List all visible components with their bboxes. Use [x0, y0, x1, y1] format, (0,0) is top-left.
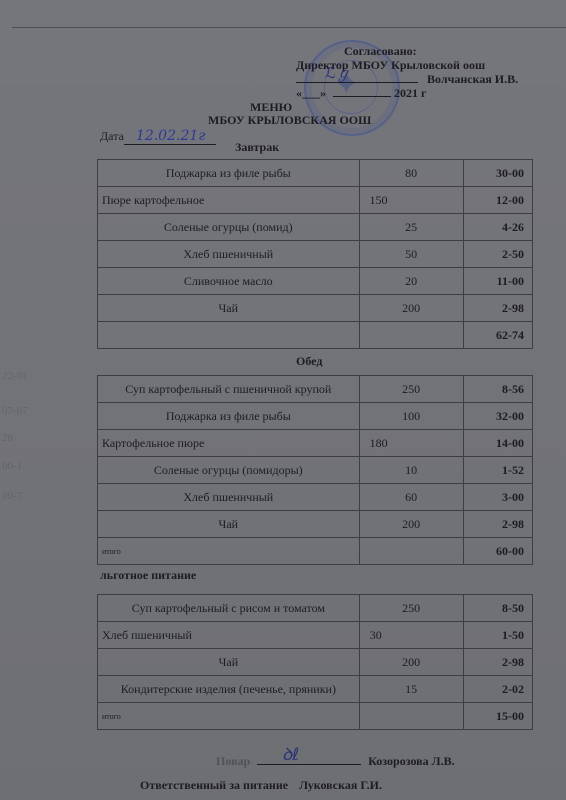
dish-name: Суп картофельный с рисом и томатом [98, 595, 360, 622]
section-title-lunch: Обед [296, 354, 322, 369]
dish-weight: 250 [359, 376, 463, 403]
page-top-edge [12, 27, 566, 28]
dish-weight: 150 [359, 187, 463, 214]
table-row: Чай2002-98 [98, 511, 533, 538]
dish-name: итого [98, 703, 360, 730]
bleed-through-text: 00-7 [2, 490, 22, 502]
dish-weight: 100 [359, 403, 463, 430]
dish-name: Хлеб пшеничный [98, 484, 360, 511]
table-row: Хлеб пшеничный301-50 [98, 622, 533, 649]
dish-weight [359, 703, 463, 730]
dish-weight: 50 [359, 241, 463, 268]
table-row: Пюре картофельное15012-00 [98, 187, 533, 214]
director-name: Волчанская И.В. [427, 72, 518, 86]
dish-price: 3-00 [463, 484, 532, 511]
dish-name: Чай [98, 511, 360, 538]
approval-date-line [333, 96, 391, 97]
section-title-breakfast: Завтрак [235, 140, 279, 155]
dish-price: 8-50 [463, 595, 532, 622]
dish-price: 2-02 [463, 676, 532, 703]
dish-price: 30-00 [463, 160, 532, 187]
dish-price: 14-00 [463, 430, 532, 457]
dish-weight: 250 [359, 595, 463, 622]
table-row: Суп картофельный с пшеничной крупой2508-… [98, 376, 533, 403]
dish-name: Хлеб пшеничный [98, 241, 360, 268]
dish-name: Сливочное масло [98, 268, 360, 295]
dish-price: 2-98 [463, 649, 532, 676]
cook-name: Козорозова Л.В. [368, 754, 454, 768]
dish-price: 2-98 [463, 295, 532, 322]
cook-signature-line [257, 764, 361, 765]
dish-name: Соленые огурцы (помид) [98, 214, 360, 241]
responsible-name: Луковская Г.И. [299, 778, 382, 792]
dish-price: 2-98 [463, 511, 532, 538]
dish-weight: 25 [359, 214, 463, 241]
dish-weight: 30 [359, 622, 463, 649]
dish-price: 11-00 [463, 268, 532, 295]
dish-price: 8-56 [463, 376, 532, 403]
dish-name [98, 322, 360, 349]
table-row: Соленые огурцы (помид)254-26 [98, 214, 533, 241]
dish-weight: 180 [359, 430, 463, 457]
breakfast-table: Поджарка из филе рыбы8030-00Пюре картофе… [97, 159, 533, 349]
date-label: Дата [100, 129, 124, 143]
dish-weight: 200 [359, 295, 463, 322]
dish-name: итого [98, 538, 360, 565]
director-signature-line [296, 82, 418, 83]
dish-price: 60-00 [463, 538, 532, 565]
dish-price: 15-00 [463, 703, 532, 730]
date-row: Дата12.02.21г [100, 128, 216, 145]
table-row: Чай2002-98 [98, 649, 533, 676]
date-value: 12.02.21г [136, 128, 205, 144]
cook-signature-row: Повар Козорозова Л.В. [216, 754, 455, 769]
dish-weight [359, 322, 463, 349]
cook-signature: ꝺℓ [282, 742, 299, 765]
dish-name: Картофельное пюре [98, 430, 360, 457]
dish-price: 4-26 [463, 214, 532, 241]
table-row: Картофельное пюре18014-00 [98, 430, 533, 457]
dish-name: Кондитерские изделия (печенье, пряники) [98, 676, 360, 703]
dish-price: 1-52 [463, 457, 532, 484]
table-row: Поджарка из филе рыбы10032-00 [98, 403, 533, 430]
school-name: МБОУ КРЫЛОВСКАЯ ООШ [208, 113, 371, 128]
table-row: Соленые огурцы (помидоры)101-52 [98, 457, 533, 484]
responsible-label: Ответственный за питание [140, 778, 288, 792]
bleed-through-text: 07-07 [2, 405, 28, 417]
dish-weight: 10 [359, 457, 463, 484]
dish-name: Соленые огурцы (помидоры) [98, 457, 360, 484]
dish-price: 1-50 [463, 622, 532, 649]
bleed-through-text: 22-01 [2, 370, 28, 382]
approval-date-quotes: «___» [296, 86, 326, 100]
approval-label: Согласовано: [344, 44, 417, 59]
bleed-through-text: 00-1 [2, 460, 22, 472]
table-row: Хлеб пшеничный502-50 [98, 241, 533, 268]
table-row: Хлеб пшеничный603-00 [98, 484, 533, 511]
table-row: Поджарка из филе рыбы8030-00 [98, 160, 533, 187]
scanned-menu-page: 22-01 07-07 28 00-1 00-7 ✦ Согласовано: … [0, 0, 566, 800]
dish-price: 32-00 [463, 403, 532, 430]
dish-weight: 15 [359, 676, 463, 703]
bleed-through-text: 28 [2, 432, 13, 444]
dish-price: 2-50 [463, 241, 532, 268]
dish-name: Хлеб пшеничный [98, 622, 360, 649]
dish-name: Пюре картофельное [98, 187, 360, 214]
table-row: Суп картофельный с рисом и томатом2508-5… [98, 595, 533, 622]
table-row: Чай2002-98 [98, 295, 533, 322]
dish-weight: 60 [359, 484, 463, 511]
dish-weight: 200 [359, 649, 463, 676]
table-row: Кондитерские изделия (печенье, пряники)1… [98, 676, 533, 703]
approval-year: 2021 г [394, 86, 426, 100]
lunch-table: Суп картофельный с пшеничной крупой2508-… [97, 375, 533, 565]
dish-price: 12-00 [463, 187, 532, 214]
table-row: итого60-00 [98, 538, 533, 565]
director-signature: ℒℊ [325, 62, 351, 83]
section-title-subsidized: льготное питание [100, 568, 196, 583]
table-row: 62-74 [98, 322, 533, 349]
responsible-row: Ответственный за питание Луковская Г.И. [140, 778, 382, 793]
date-field: 12.02.21г [124, 128, 216, 145]
dish-price: 62-74 [463, 322, 532, 349]
dish-weight [359, 538, 463, 565]
dish-name: Поджарка из филе рыбы [98, 403, 360, 430]
dish-weight: 80 [359, 160, 463, 187]
subsidized-table: Суп картофельный с рисом и томатом2508-5… [97, 594, 533, 730]
dish-name: Поджарка из филе рыбы [98, 160, 360, 187]
approval-date-row: «___» 2021 г [296, 86, 426, 101]
table-row: Сливочное масло2011-00 [98, 268, 533, 295]
dish-name: Суп картофельный с пшеничной крупой [98, 376, 360, 403]
dish-weight: 20 [359, 268, 463, 295]
table-row: итого15-00 [98, 703, 533, 730]
cook-label: Повар [216, 754, 250, 768]
dish-name: Чай [98, 649, 360, 676]
dish-name: Чай [98, 295, 360, 322]
dish-weight: 200 [359, 511, 463, 538]
